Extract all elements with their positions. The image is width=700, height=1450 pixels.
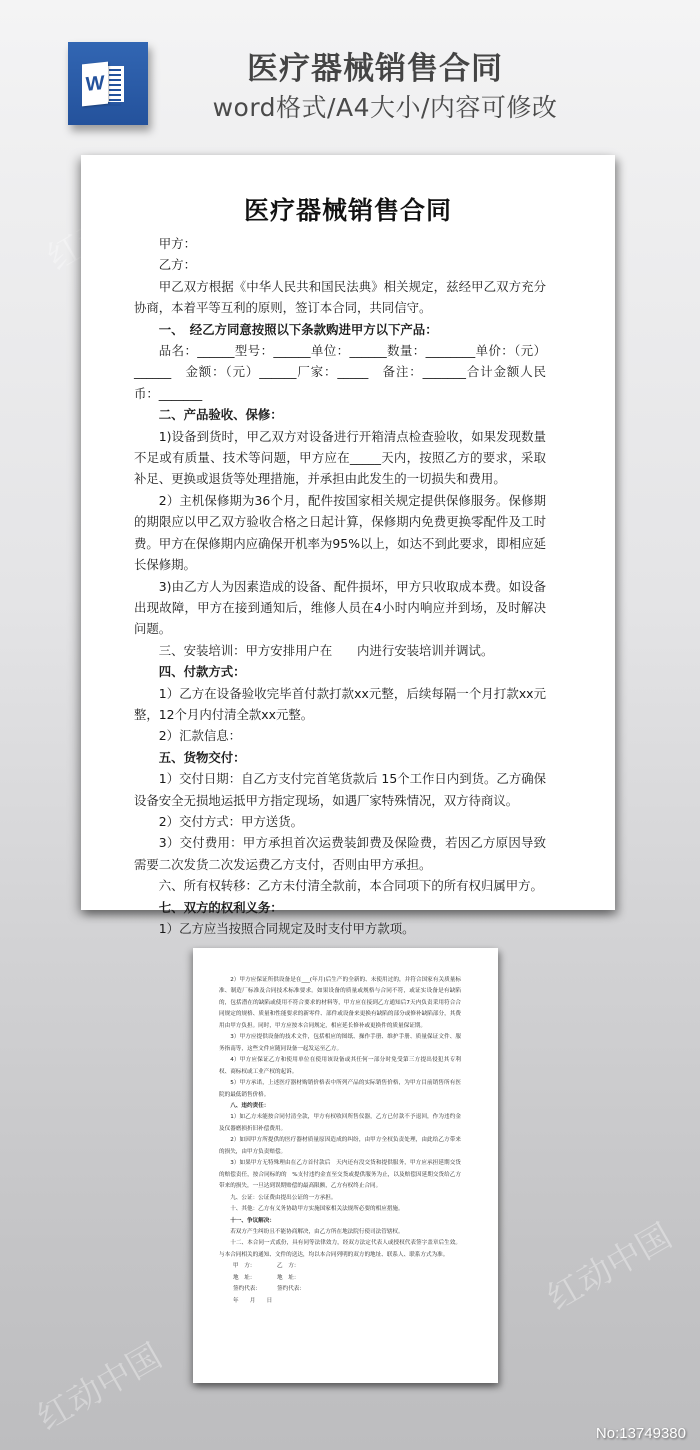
signature-row: 签约代表：签约代表：	[233, 1284, 461, 1295]
watermark: 红动中国	[27, 1329, 169, 1439]
paragraph: 4）甲方应保证乙方和使用单位在使用该设备或其任何一部分时免受第三方提出侵犯其专利…	[219, 1055, 461, 1078]
paragraph: 1）如乙方未能按合同付清全款，甲方有权收回所售仪器，乙方已付款不予退回，作为违约…	[219, 1112, 461, 1135]
word-document-icon: W	[68, 42, 148, 125]
paragraph: 3)由乙方人为因素造成的设备、配件损坏，甲方只收取成本费。如设备出现故障，甲方在…	[134, 576, 546, 640]
signature-row: 年 月 日	[233, 1296, 461, 1307]
paragraph: 3）甲方应提供设备的技术文件，包括相应的图纸、操作手册、维护手册、质量保证文件、…	[219, 1032, 461, 1055]
paragraph: 九、公证：公证费由提出公证的一方承担。	[219, 1193, 461, 1204]
document-page-2: 2）甲方应保证所供设备是在___(年月)后生产的全新的、未使用过的，并符合国家有…	[193, 948, 498, 1383]
document-body-page-2: 2）甲方应保证所供设备是在___(年月)后生产的全新的、未使用过的，并符合国家有…	[219, 975, 461, 1307]
signature-right-label: 签约代表：	[277, 1284, 305, 1295]
signature-left-label: 地 址：	[233, 1273, 277, 1284]
signature-left-label: 甲 方：	[233, 1261, 277, 1272]
paragraph: 2）汇款信息：	[134, 725, 546, 746]
paragraph: 2）主机保修期为36个月，配件按国家相关规定提供保修服务。保修期的期限应以甲乙双…	[134, 490, 546, 576]
paragraph: 八、违约责任：	[219, 1101, 461, 1112]
header-banner: W 医疗器械销售合同 word格式/A4大小/内容可修改	[0, 0, 700, 150]
paragraph: 若双方产生纠纷且不能协商解决，由乙方所在地法院行使司法管辖权。	[219, 1227, 461, 1238]
paragraph: 乙方：	[134, 254, 546, 275]
paragraph: 1)设备到货时，甲乙双方对设备进行开箱清点检查验收，如果发现数量不足或有质量、技…	[134, 426, 546, 490]
paragraph: 五、货物交付：	[134, 747, 546, 768]
banner-subtitle: word格式/A4大小/内容可修改	[200, 88, 570, 124]
paragraph: 一、 经乙方同意按照以下条款购进甲方以下产品：	[134, 319, 546, 340]
signature-left-label: 年 月 日	[233, 1296, 277, 1307]
banner-title: 医疗器械销售合同	[200, 43, 550, 88]
paragraph: 2）交付方式：甲方送货。	[134, 811, 546, 832]
document-body-page-1: 甲方：乙方：甲乙双方根据《中华人民共和国民法典》相关规定，兹经甲乙双方充分协商，…	[134, 233, 546, 939]
paragraph: 2）甲方应保证所供设备是在___(年月)后生产的全新的、未使用过的，并符合国家有…	[219, 975, 461, 1032]
paragraph: 2）如因甲方所提供的医疗器材质量原因造成的纠纷，由甲方全权负责处理，由此给乙方带…	[219, 1135, 461, 1158]
document-title: 医疗器械销售合同	[81, 191, 615, 227]
signature-left-label: 签约代表：	[233, 1284, 277, 1295]
signature-right-label: 乙 方：	[277, 1261, 299, 1272]
signature-row: 甲 方：乙 方：	[233, 1261, 461, 1272]
paragraph: 四、付款方式：	[134, 661, 546, 682]
paragraph: 品名：______型号：______单位：______数量：________单价…	[134, 340, 546, 404]
paragraph: 甲方：	[134, 233, 546, 254]
paragraph: 1）交付日期：自乙方支付完首笔货款后 15个工作日内到货。乙方确保设备安全无损地…	[134, 768, 546, 811]
paragraph: 七、双方的权利义务：	[134, 897, 546, 918]
paragraph: 甲乙双方根据《中华人民共和国民法典》相关规定，兹经甲乙双方充分协商，本着平等互利…	[134, 276, 546, 319]
paragraph: 十、其他：乙方有义务协助甲方实施国家相关法规所必要的相应措施。	[219, 1204, 461, 1215]
image-serial-number: No:13749380	[596, 1425, 686, 1442]
paragraph: 十二、本合同一式贰份，具有同等法律效力，经双方法定代表人或授权代表签字盖章后生效…	[219, 1238, 461, 1261]
document-lines-icon	[106, 66, 124, 102]
watermark: 红动中国	[537, 1209, 679, 1319]
paragraph: 十一、争议解决：	[219, 1216, 461, 1227]
paragraph: 3）交付费用：甲方承担首次运费装卸费及保险费，若因乙方原因导致需要二次发货二次发…	[134, 832, 546, 875]
signature-right-label: 地 址：	[277, 1273, 299, 1284]
paragraph: 1）乙方在设备验收完毕首付款打款xx元整，后续每隔一个月打款xx元整，12个月内…	[134, 683, 546, 726]
document-page-1: 医疗器械销售合同 甲方：乙方：甲乙双方根据《中华人民共和国民法典》相关规定，兹经…	[81, 155, 615, 910]
paragraph: 六、所有权转移：乙方未付清全款前，本合同项下的所有权归属甲方。	[134, 875, 546, 896]
signature-row: 地 址：地 址：	[233, 1273, 461, 1284]
paragraph: 二、产品验收、保修：	[134, 404, 546, 425]
word-w-letter: W	[82, 62, 108, 107]
paragraph: 3）如果甲方无特殊理由在乙方首付款后 天内还有没交货和提供服务，甲方应承担延期交…	[219, 1158, 461, 1192]
paragraph: 三、安装培训：甲方安排用户在 内进行安装培训并调试。	[134, 640, 546, 661]
paragraph: 1）乙方应当按照合同规定及时支付甲方款项。	[134, 918, 546, 939]
paragraph: 5）甲方承诺，上述医疗器材购销价格表中所列产品的实际销售价格，为甲方目前销售所有…	[219, 1078, 461, 1101]
